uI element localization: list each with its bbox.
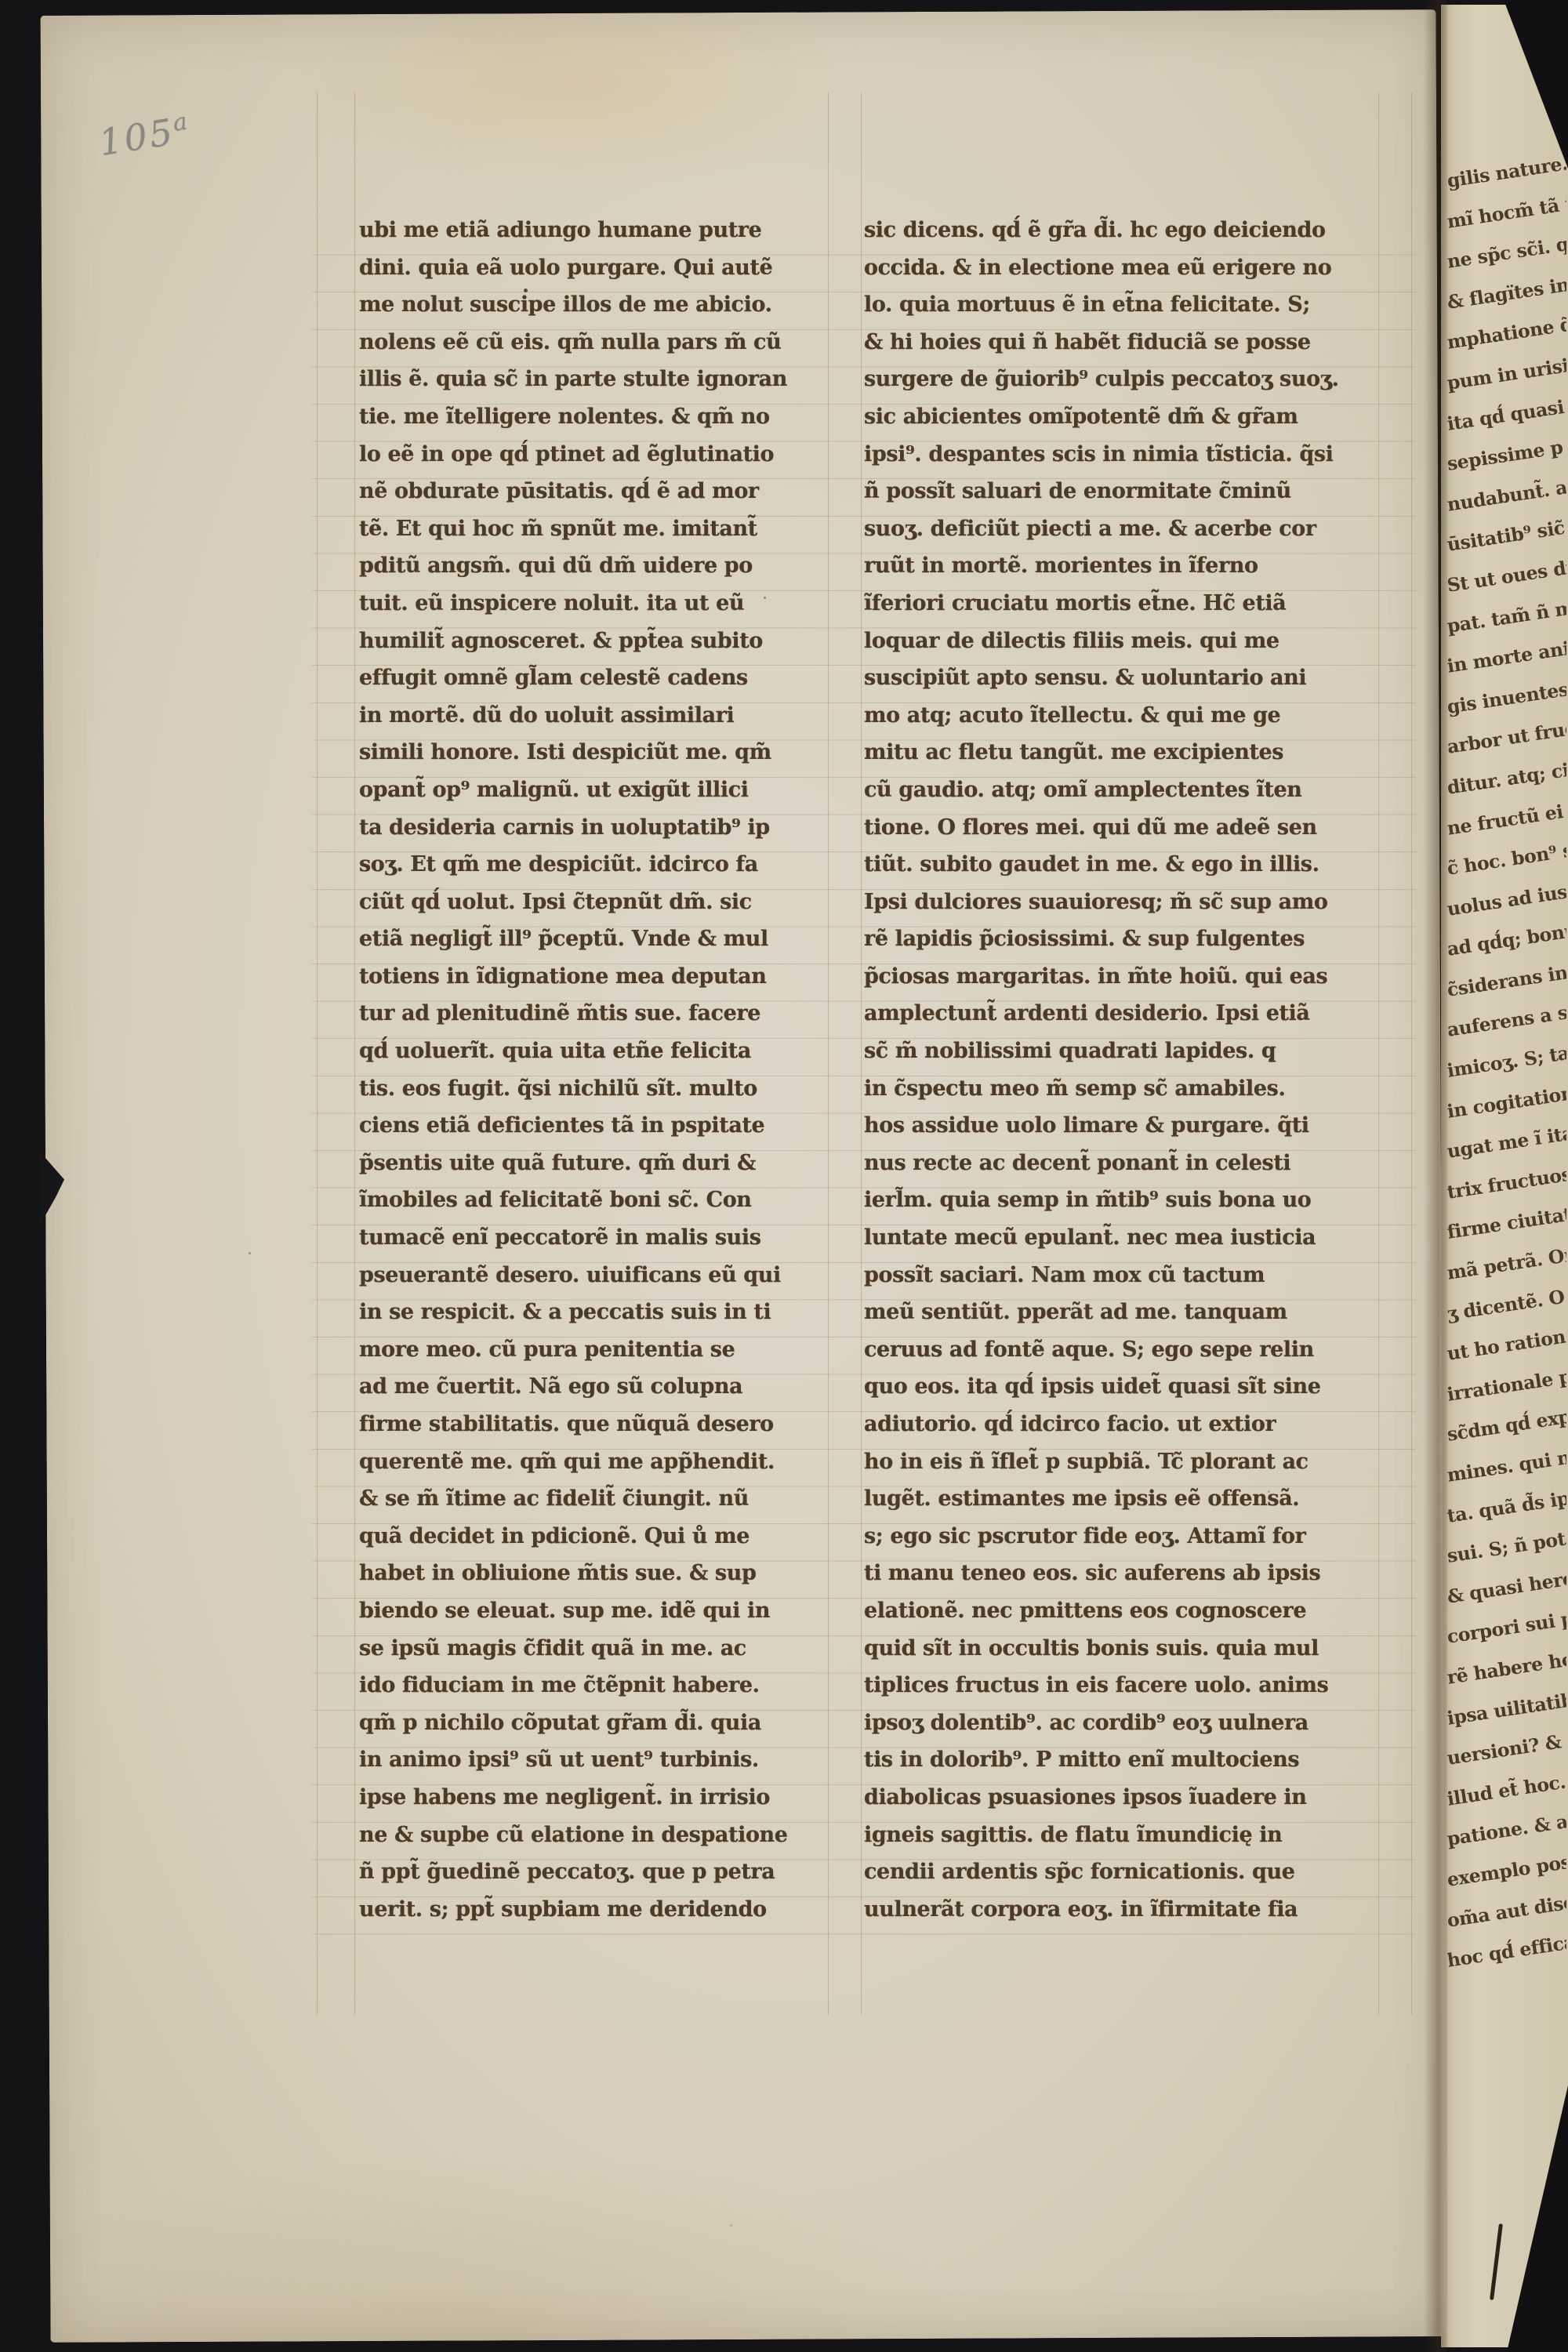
text-line: ciens etiã deficientes tã in pspitate — [359, 1107, 826, 1145]
text-line: amplectunt̃ ardenti desiderio. Ipsi etiã — [864, 995, 1377, 1033]
text-line: pseuerantẽ desero. uiuificans eũ qui — [359, 1257, 826, 1294]
text-line: me nolut suscipe illos de me abicio. — [359, 286, 826, 324]
text-line: qd́ uoluerĩt. quia uita etñe felicita — [359, 1033, 826, 1070]
text-line: Ipsi dulciores suauioresq; m̃ sc̃ sup am… — [864, 884, 1377, 921]
text-line: ido fiduciam in me c̃tẽpnit habere. — [359, 1667, 826, 1704]
text-line: & hi hoies qui ñ habẽt fiduciã se posse — [864, 324, 1377, 361]
text-line: luntate mecũ epulant̃. nec mea iusticia — [864, 1219, 1377, 1257]
text-line: tumacẽ enĩ peccatorẽ in malis suis — [359, 1219, 826, 1257]
text-line: se ipsũ magis c̃fidit quã in me. ac — [359, 1630, 826, 1668]
text-line: ciũt qd́ uolut. Ipsi c̃tepnũt dm̃. sic — [359, 884, 826, 921]
text-line: ñ possĩt saluari de enormitate c̃minũ — [864, 473, 1377, 510]
text-line: totiens in ĩdignatione mea deputan — [359, 958, 826, 996]
text-line: ĩferiori cruciatu mortis et̃ne. Hc̃ etiã — [864, 585, 1377, 622]
text-line: dini. quia eã uolo purgare. Qui autẽ — [359, 249, 826, 287]
text-line: igneis sagittis. de flatu ĩmundicię in — [864, 1817, 1377, 1854]
text-line: ubi me etiã adiungo humane putre — [359, 212, 826, 249]
text-line: elationẽ. nec pmittens eos cognoscere — [864, 1592, 1377, 1630]
text-line: adiutorio. qd́ idcirco facio. ut extior — [864, 1406, 1377, 1443]
text-line: illis ẽ. quia sc̃ in parte stulte ignora… — [359, 361, 826, 398]
text-line: tis in dolorib⁹. P mitto enĩ multociens — [864, 1741, 1377, 1779]
text-line: p̃ciosas margaritas. in m̃te hoiũ. qui e… — [864, 958, 1377, 996]
text-line: etiã negligt̃ ill⁹ p̃ceptũ. Vnde & mul — [359, 920, 826, 958]
text-line: cendii ardentis sp̃c fornicationis. que — [864, 1853, 1377, 1891]
text-column-left: ubi me etiã adiungo humane putredini. qu… — [359, 212, 826, 1943]
text-line: qm̃ p nichilo cõputat gr̃am d̃i. quia — [359, 1704, 826, 1742]
text-line: tis. eos fugit. q̃si nichilũ sĩt. multo — [359, 1070, 826, 1108]
margin-rule-line — [861, 93, 862, 2015]
text-line: s; ego sic pscrutor fide eoʒ. Attamĩ for — [864, 1518, 1377, 1555]
text-line: lo eẽ in ope qd́ ptinet ad ẽglutinatio — [359, 436, 826, 474]
text-line: ad me c̃uertit. Nã ego sũ colupna — [359, 1368, 826, 1406]
text-line: lugẽt. estimantes me ipsis eẽ offensã. — [864, 1480, 1377, 1518]
margin-rule-line — [317, 93, 318, 2015]
text-line: mitu ac fletu tangũt. me excipientes — [864, 734, 1377, 771]
text-line: quid sĩt in occultis bonis suis. quia mu… — [864, 1630, 1377, 1668]
text-line: diabolicas psuasiones ipsos ĩuadere in — [864, 1779, 1377, 1817]
text-line: ho in eis ñ ĩflet̃ p supbiã. Tc̃ plorant… — [864, 1443, 1377, 1481]
text-line: ruũt in mortẽ. morientes in ĩferno — [864, 547, 1377, 585]
margin-rule-line — [1378, 93, 1379, 2015]
margin-rule-line — [354, 93, 355, 2015]
text-line: suoʒ. deficiũt piecti a me. & acerbe cor — [864, 510, 1377, 548]
text-line: ñ ppt̃ g̃uedinẽ peccatoʒ. que p petra — [359, 1853, 826, 1891]
text-line: mo atq; acuto ĩtellectu. & qui me ge — [864, 697, 1377, 735]
text-line: loquar de dilectis filiis meis. qui me — [864, 622, 1377, 660]
text-line: ne & supbe cũ elatione in despatione — [359, 1817, 826, 1854]
text-line: surgere de g̃uiorib⁹ culpis peccatoʒ suo… — [864, 361, 1377, 398]
text-line: tẽ. Et qui hoc m̃ spnũt me. imitant̃ — [359, 510, 826, 548]
text-line: quã decidet in pdicionẽ. Qui ů me — [359, 1518, 826, 1555]
text-line: occida. & in electione mea eũ erigere no — [864, 249, 1377, 287]
text-line: & se m̃ ĩtime ac fidelit̃ c̃iungit. nũ — [359, 1480, 826, 1518]
text-line: in mortẽ. dũ do uoluit assimilari — [359, 697, 826, 735]
text-line: tione. O flores mei. qui dũ me adeẽ sen — [864, 809, 1377, 847]
text-line: pditũ angsm̃. qui dũ dm̃ uidere po — [359, 547, 826, 585]
next-page-edge-text: gilis nature. & hoc idemĩ hocm̃ tã forti… — [1447, 162, 1566, 2043]
text-line: ta desideria carnis in uoluptatib⁹ ip — [359, 809, 826, 847]
text-line: in se respicit. & a peccatis suis in ti — [359, 1294, 826, 1331]
text-line: sic dicens. qd́ ẽ gr̃a d̃i. hc ego deici… — [864, 212, 1377, 249]
text-line: p̃sentis uite quã future. qm̃ duri & — [359, 1145, 826, 1182]
text-line: more meo. cũ pura penitentia se — [359, 1331, 826, 1369]
margin-rule-line — [1411, 93, 1412, 2015]
text-line: effugit omnẽ gl̃am celestẽ cadens — [359, 659, 826, 697]
page-fold-shadow — [1424, 0, 1447, 2352]
text-line: tie. me ĩtelligere nolentes. & qm̃ no — [359, 398, 826, 436]
text-line: nus recte ac decent̃ ponant̃ in celesti — [864, 1145, 1377, 1182]
text-column-right: sic dicens. qd́ ẽ gr̃a d̃i. hc ego deici… — [864, 212, 1377, 1943]
text-line: humilit̃ agnosceret. & ppt̃ea subito — [359, 622, 826, 660]
text-line: cũ gaudio. atq; omĩ amplectentes ĩten — [864, 771, 1377, 809]
text-line: ipse habens me negligent̃. in irrisio — [359, 1779, 826, 1817]
text-line: sic abicientes omĩpotentẽ dm̃ & gr̃am — [864, 398, 1377, 436]
text-line: biendo se eleuat. sup me. idẽ qui in — [359, 1592, 826, 1630]
text-line: suscipiũt apto sensu. & uoluntario ani — [864, 659, 1377, 697]
text-line: nolens eẽ cũ eis. qm̃ nulla pars m̃ cũ — [359, 324, 826, 361]
text-line: ti manu teneo eos. sic auferens ab ipsis — [864, 1555, 1377, 1592]
margin-rule-line — [828, 93, 829, 2015]
text-line: possĩt saciari. Nam mox cũ tactum — [864, 1257, 1377, 1294]
text-line: in c̃spectu meo m̃ semp sc̃ amabiles. — [864, 1070, 1377, 1108]
text-line: querentẽ me. qm̃ qui me app̃hendit. — [359, 1443, 826, 1481]
text-line: rẽ lapidis p̃ciosissimi. & sup fulgentes — [864, 920, 1377, 958]
text-line: opant̃ op⁹ malignũ. ut exigũt illici — [359, 771, 826, 809]
text-line: ceruus ad fontẽ aque. S; ego sepe relin — [864, 1331, 1377, 1369]
text-line: soʒ. Et qm̃ me despiciũt. idcirco fa — [359, 846, 826, 884]
text-line: firme stabilitatis. que nũquã desero — [359, 1406, 826, 1443]
text-line: meũ sentiũt. pperãt ad me. tanquam — [864, 1294, 1377, 1331]
text-line: ĩmobiles ad felicitatẽ boni sc̃. Con — [359, 1181, 826, 1219]
text-line: sc̃ m̃ nobilissimi quadrati lapides. q̨ — [864, 1033, 1377, 1070]
text-line: in animo ipsi⁹ sũ ut uent⁹ turbinis. — [359, 1741, 826, 1779]
text-line: hos assidue uolo limare & purgare. q̃ti — [864, 1107, 1377, 1145]
text-line: tuit. eũ inspicere noluit. ita ut eũ — [359, 585, 826, 622]
photo-background: 105a ubi me etiã adiungo humane putredin… — [0, 0, 1568, 2352]
text-line: tiplices fructus in eis facere uolo. ani… — [864, 1667, 1377, 1704]
text-line: tiũt. subito gaudet in me. & ego in illi… — [864, 846, 1377, 884]
text-line: ierl̃m. quia semp in m̃tib⁹ suis bona uo — [864, 1181, 1377, 1219]
text-line: simili honore. Isti despiciũt me. qm̃ — [359, 734, 826, 771]
text-line: habet in obliuione m̃tis sue. & sup — [359, 1555, 826, 1592]
text-line: quo eos. ita qd́ ipsis uidet̃ quasi sĩt … — [864, 1368, 1377, 1406]
text-line: ipsoʒ dolentib⁹. ac cordib⁹ eoʒ uulnera — [864, 1704, 1377, 1742]
text-line: nẽ obdurate pūsitatis. qd́ ẽ ad mor — [359, 473, 826, 510]
text-line: ipsi⁹. despantes scis in nimia tĩsticia.… — [864, 436, 1377, 474]
ink-specks — [524, 289, 528, 292]
text-line: uulnerãt corpora eoʒ. in ĩfirmitate fia — [864, 1891, 1377, 1929]
text-line: uerit. s; ppt̃ supbiam me deridendo — [359, 1891, 826, 1929]
text-line: tur ad plenitudinẽ m̃tis sue. facere — [359, 995, 826, 1033]
text-line: lo. quia mortuus ẽ in et̃na felicitate. … — [864, 286, 1377, 324]
